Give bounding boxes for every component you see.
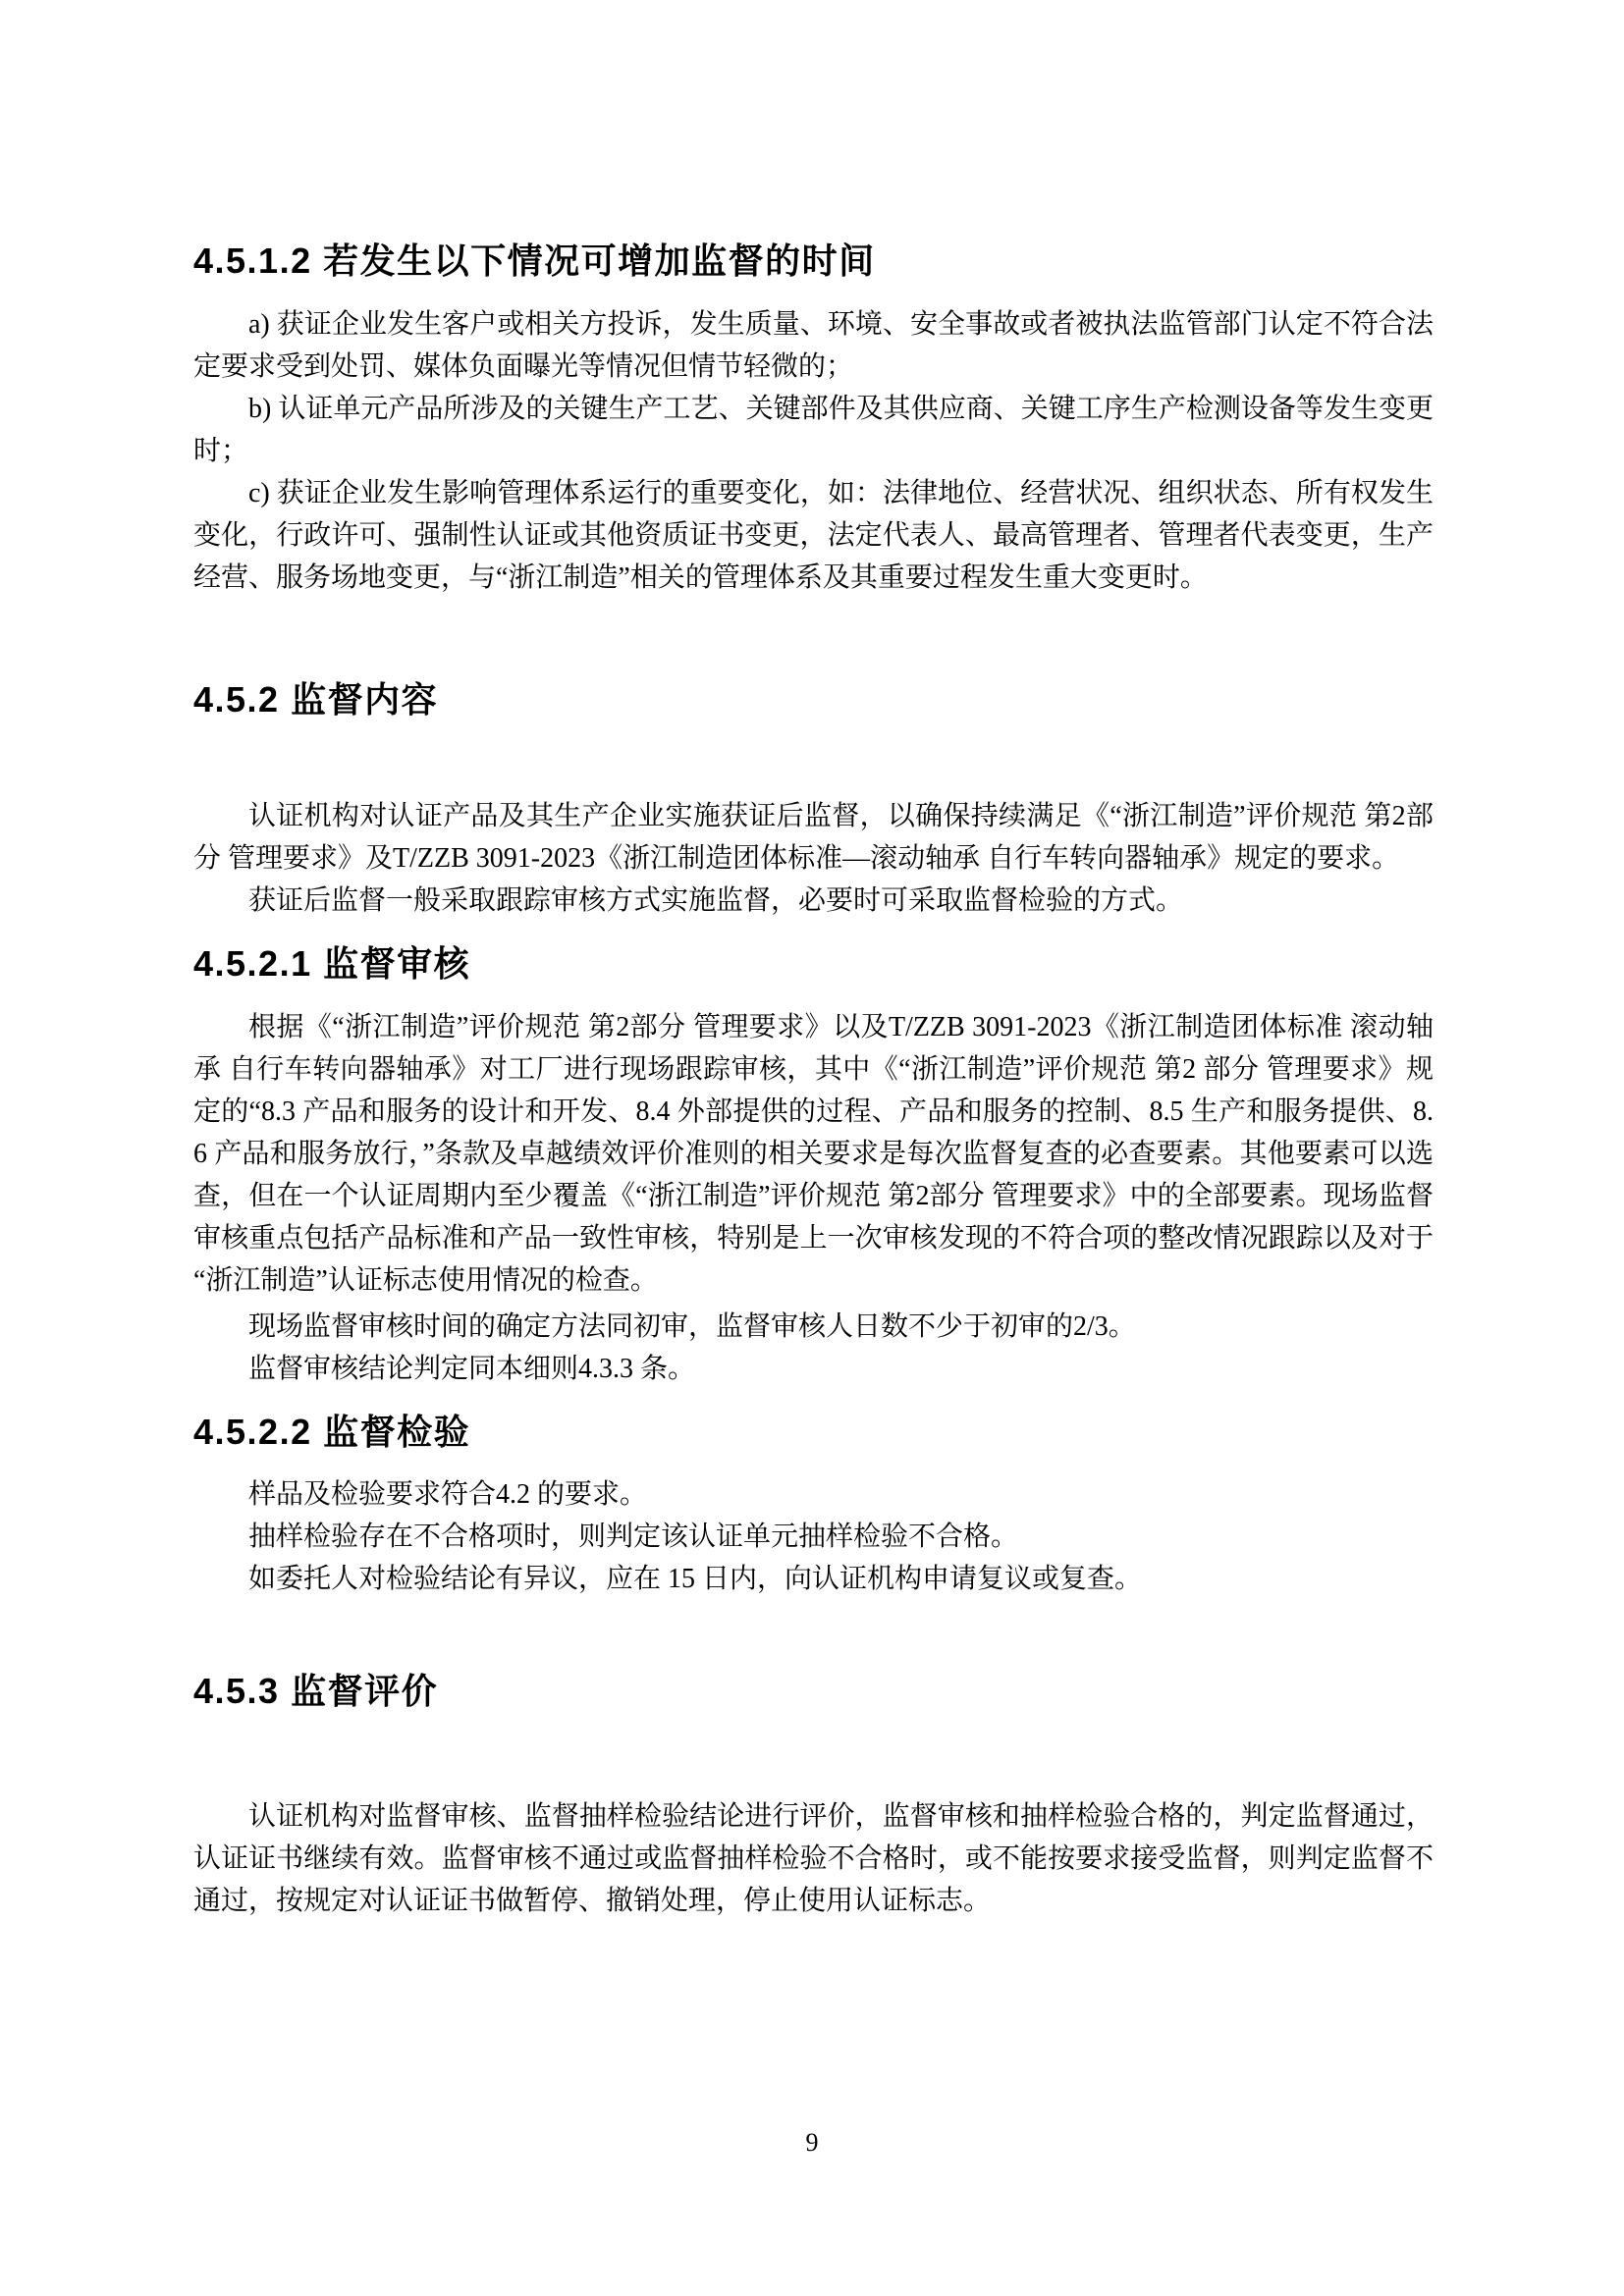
document-page: 4.5.1.2 若发生以下情况可增加监督的时间 a) 获证企业发生客户或相关方投… bbox=[0, 0, 1624, 2296]
heading-4-5-1-2: 4.5.1.2 若发生以下情况可增加监督的时间 bbox=[193, 238, 1434, 285]
paragraph-audit-conclusion: 监督审核结论判定同本细则4.3.3 条。 bbox=[193, 1348, 1434, 1390]
paragraph-audit-time: 现场监督审核时间的确定方法同初审，监督审核人日数不少于初审的2/3。 bbox=[193, 1306, 1434, 1348]
paragraph-sampling-failure: 抽样检验存在不合格项时，则判定该认证单元抽样检验不合格。 bbox=[193, 1516, 1434, 1558]
paragraph-item-b: b) 认证单元产品所涉及的关键生产工艺、关键部件及其供应商、关键工序生产检测设备… bbox=[193, 388, 1434, 472]
paragraph-audit-requirements: 根据《“浙江制造”评价规范 第2部分 管理要求》以及T/ZZB 3091-202… bbox=[193, 1006, 1434, 1302]
heading-4-5-2: 4.5.2 监督内容 bbox=[193, 676, 1434, 723]
heading-4-5-3: 4.5.3 监督评价 bbox=[193, 1668, 1434, 1715]
page-number: 9 bbox=[0, 2126, 1624, 2160]
paragraph-supervision-scope: 认证机构对认证产品及其生产企业实施获证后监督，以确保持续满足《“浙江制造”评价规… bbox=[193, 795, 1434, 880]
paragraph-supervision-evaluation: 认证机构对监督审核、监督抽样检验结论进行评价，监督审核和抽样检验合格的，判定监督… bbox=[193, 1795, 1434, 1922]
document-content: 4.5.1.2 若发生以下情况可增加监督的时间 a) 获证企业发生客户或相关方投… bbox=[193, 0, 1434, 1922]
paragraph-supervision-method: 获证后监督一般采取跟踪审核方式实施监督，必要时可采取监督检验的方式。 bbox=[193, 880, 1434, 922]
paragraph-item-a: a) 获证企业发生客户或相关方投诉，发生质量、环境、安全事故或者被执法监管部门认… bbox=[193, 303, 1434, 388]
paragraph-sample-requirements: 样品及检验要求符合4.2 的要求。 bbox=[193, 1473, 1434, 1516]
heading-4-5-2-1: 4.5.2.1 监督审核 bbox=[193, 940, 1434, 988]
paragraph-objection: 如委托人对检验结论有异议，应在 15 日内，向认证机构申请复议或复查。 bbox=[193, 1558, 1434, 1600]
paragraph-item-c: c) 获证企业发生影响管理体系运行的重要变化，如：法律地位、经营状况、组织状态、… bbox=[193, 472, 1434, 599]
heading-4-5-2-2: 4.5.2.2 监督检验 bbox=[193, 1409, 1434, 1456]
